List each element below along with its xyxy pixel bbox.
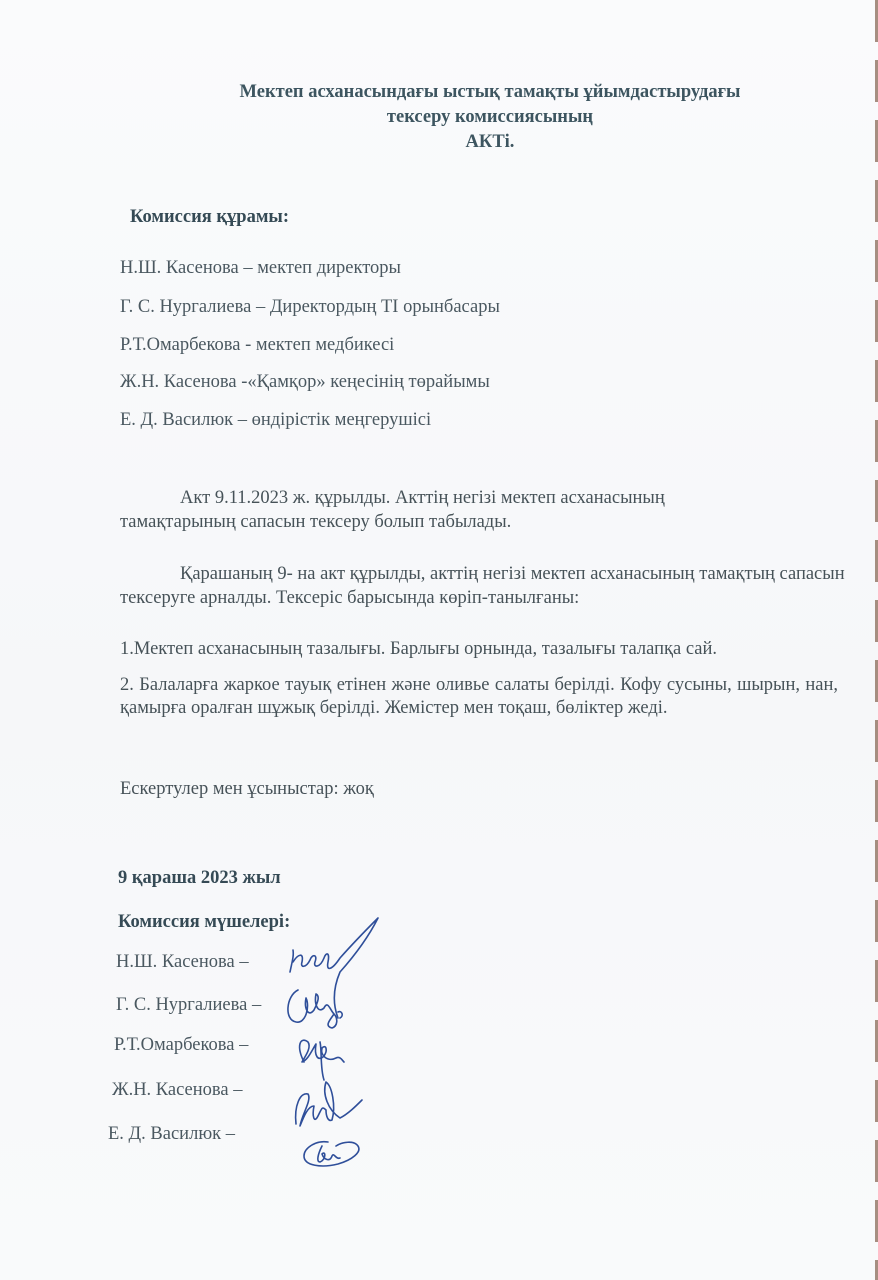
paragraph-finding-1: 1.Мектеп асханасының тазалығы. Барлығы о… — [120, 637, 836, 661]
paragraph-finding-2: 2. Балаларға жаркое тауық етінен және ол… — [120, 674, 838, 720]
signatory-name: Е. Д. Василюк – — [108, 1124, 235, 1145]
document-date: 9 қараша 2023 жыл — [118, 868, 281, 889]
commission-member: Ж.Н. Касенова -«Қамқор» кеңесінің төрайы… — [120, 372, 490, 393]
signatory-name: Р.Т.Омарбекова – — [114, 1035, 248, 1056]
title-line-3: АКТі. — [180, 130, 800, 155]
commission-member: Е. Д. Василюк – өндірістік меңгерушісі — [120, 410, 431, 431]
signatory-name: Ж.Н. Касенова – — [112, 1080, 243, 1101]
signatory-name: Г. С. Нургалиева – — [116, 995, 261, 1016]
paragraph-remarks: Ескертулер мен ұсыныстар: жоқ — [120, 777, 836, 801]
paragraph-act-purpose: Қарашаның 9- на акт құрылды, акттің негі… — [120, 562, 865, 610]
signatory-name: Н.Ш. Касенова – — [116, 952, 249, 973]
commission-member: Р.Т.Омарбекова - мектеп медбикесі — [120, 335, 394, 356]
commission-heading: Комиссия құрамы: — [130, 207, 289, 228]
commission-member: Г. С. Нургалиева – Директордың ТІ орынба… — [120, 297, 500, 318]
title-line-2: тексеру комиссиясының — [180, 105, 800, 130]
document-page: Мектеп асханасындағы ыстық тамақты ұйымд… — [0, 0, 878, 1280]
title-line-1: Мектеп асханасындағы ыстық тамақты ұйымд… — [180, 80, 800, 105]
commission-member: Н.Ш. Касенова – мектеп директоры — [120, 258, 401, 279]
paragraph-act-created: Акт 9.11.2023 ж. құрылды. Акттің негізі … — [120, 486, 760, 534]
handwritten-signatures-icon — [260, 910, 400, 1175]
document-title: Мектеп асханасындағы ыстық тамақты ұйымд… — [180, 80, 800, 155]
